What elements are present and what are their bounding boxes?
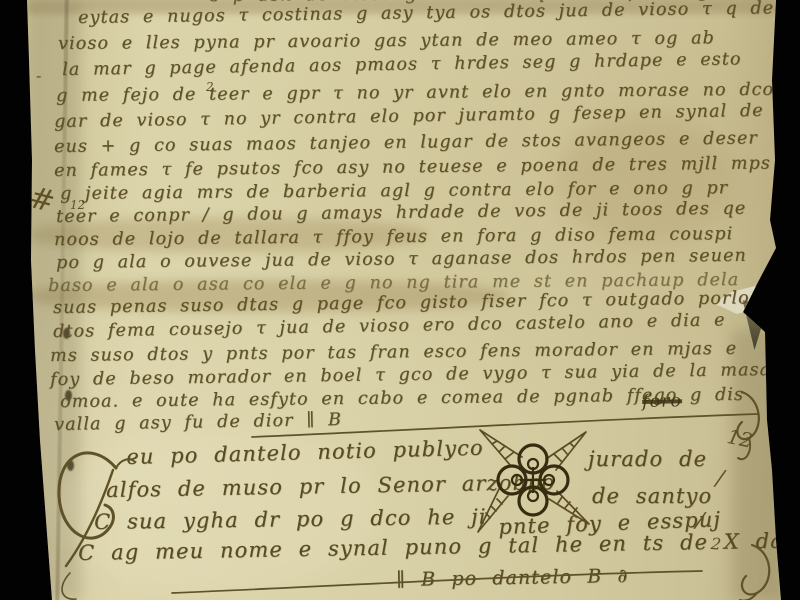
notarial-star-sign xyxy=(478,430,589,532)
photo-background: s p dsn de vioso g os out e q sua s p t … xyxy=(0,0,800,600)
calligraphic-initial xyxy=(59,453,135,566)
flourish-rule xyxy=(252,414,758,437)
bottom-flourish-rule xyxy=(62,571,702,599)
pen-drawing-overlay xyxy=(0,0,800,600)
parchment-page: s p dsn de vioso g os out e q sua s p t … xyxy=(0,0,800,600)
signature-flourish-loops xyxy=(737,392,769,600)
